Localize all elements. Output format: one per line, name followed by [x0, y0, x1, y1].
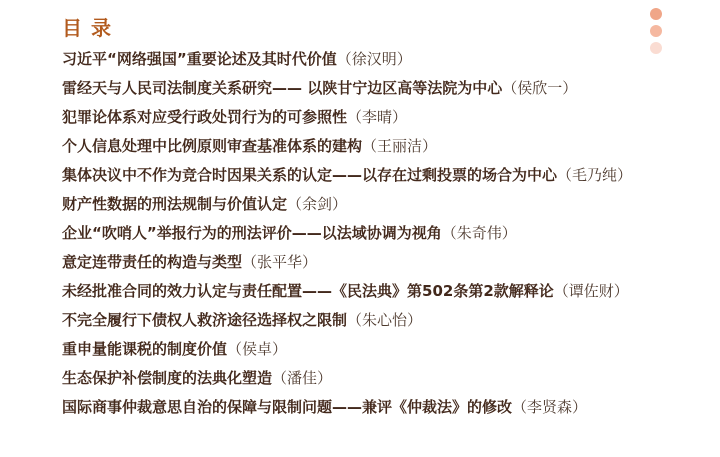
- entry-title: 意定连带责任的构造与类型: [62, 253, 242, 271]
- entry-title: 财产性数据的刑法规制与价值认定: [62, 195, 287, 213]
- entry-author: （朱心怡）: [347, 311, 422, 329]
- entry-author: （毛乃纯）: [557, 166, 632, 184]
- entry-author: （侯卓）: [227, 340, 287, 358]
- toc-entry: 习近平“网络强国”重要论述及其时代价值（徐汉明）: [62, 45, 700, 74]
- entry-title: 集体决议中不作为竞合时因果关系的认定——以存在过剩投票的场合为中心: [62, 166, 557, 184]
- toc-entry: 犯罪论体系对应受行政处罚行为的可参照性（李晴）: [62, 103, 700, 132]
- entry-author: （余剑）: [287, 195, 347, 213]
- entry-author: （李晴）: [347, 108, 407, 126]
- toc-entry: 财产性数据的刑法规制与价值认定（余剑）: [62, 190, 700, 219]
- circle-dot-icon: [650, 8, 662, 20]
- entry-author: （潘佳）: [272, 369, 332, 387]
- entry-author: （侯欣一）: [502, 79, 577, 97]
- toc-page: 目 录 习近平“网络强国”重要论述及其时代价值（徐汉明） 雷经天与人民司法制度关…: [0, 0, 720, 457]
- entry-author: （谭佐财）: [554, 282, 629, 300]
- entry-author: （朱奇伟）: [442, 224, 517, 242]
- toc-entry: 企业“吹哨人”举报行为的刑法评价——以法域协调为视角（朱奇伟）: [62, 219, 700, 248]
- entry-author: （王丽洁）: [362, 137, 437, 155]
- toc-entry: 意定连带责任的构造与类型（张平华）: [62, 248, 700, 277]
- entry-title: 生态保护补偿制度的法典化塑造: [62, 369, 272, 387]
- toc-entry: 集体决议中不作为竞合时因果关系的认定——以存在过剩投票的场合为中心（毛乃纯）: [62, 161, 700, 190]
- entry-title: 未经批准合同的效力认定与责任配置——《民法典》第502条第2款解释论: [62, 282, 554, 300]
- toc-entry: 雷经天与人民司法制度关系研究—— 以陕甘宁边区高等法院为中心（侯欣一）: [62, 74, 700, 103]
- toc-entry: 不完全履行下债权人救济途径选择权之限制（朱心怡）: [62, 306, 700, 335]
- entry-title: 雷经天与人民司法制度关系研究—— 以陕甘宁边区高等法院为中心: [62, 79, 502, 97]
- entry-title: 习近平“网络强国”重要论述及其时代价值: [62, 50, 337, 68]
- toc-entry: 重申量能课税的制度价值（侯卓）: [62, 335, 700, 364]
- entry-author: （张平华）: [242, 253, 317, 271]
- entry-title: 不完全履行下债权人救济途径选择权之限制: [62, 311, 347, 329]
- entry-title: 企业“吹哨人”举报行为的刑法评价——以法域协调为视角: [62, 224, 442, 242]
- toc-list: 习近平“网络强国”重要论述及其时代价值（徐汉明） 雷经天与人民司法制度关系研究—…: [62, 45, 700, 422]
- page-title: 目 录: [62, 12, 112, 41]
- entry-author: （李贤森）: [512, 398, 587, 416]
- entry-title: 犯罪论体系对应受行政处罚行为的可参照性: [62, 108, 347, 126]
- entry-title: 重申量能课税的制度价值: [62, 340, 227, 358]
- entry-title: 个人信息处理中比例原则审查基准体系的建构: [62, 137, 362, 155]
- circle-dot-icon: [650, 25, 662, 37]
- toc-entry: 个人信息处理中比例原则审查基准体系的建构（王丽洁）: [62, 132, 700, 161]
- entry-title: 国际商事仲裁意思自治的保障与限制问题——兼评《仲裁法》的修改: [62, 398, 512, 416]
- toc-entry: 国际商事仲裁意思自治的保障与限制问题——兼评《仲裁法》的修改（李贤森）: [62, 393, 700, 422]
- entry-author: （徐汉明）: [337, 50, 412, 68]
- toc-entry: 未经批准合同的效力认定与责任配置——《民法典》第502条第2款解释论（谭佐财）: [62, 277, 700, 306]
- toc-entry: 生态保护补偿制度的法典化塑造（潘佳）: [62, 364, 700, 393]
